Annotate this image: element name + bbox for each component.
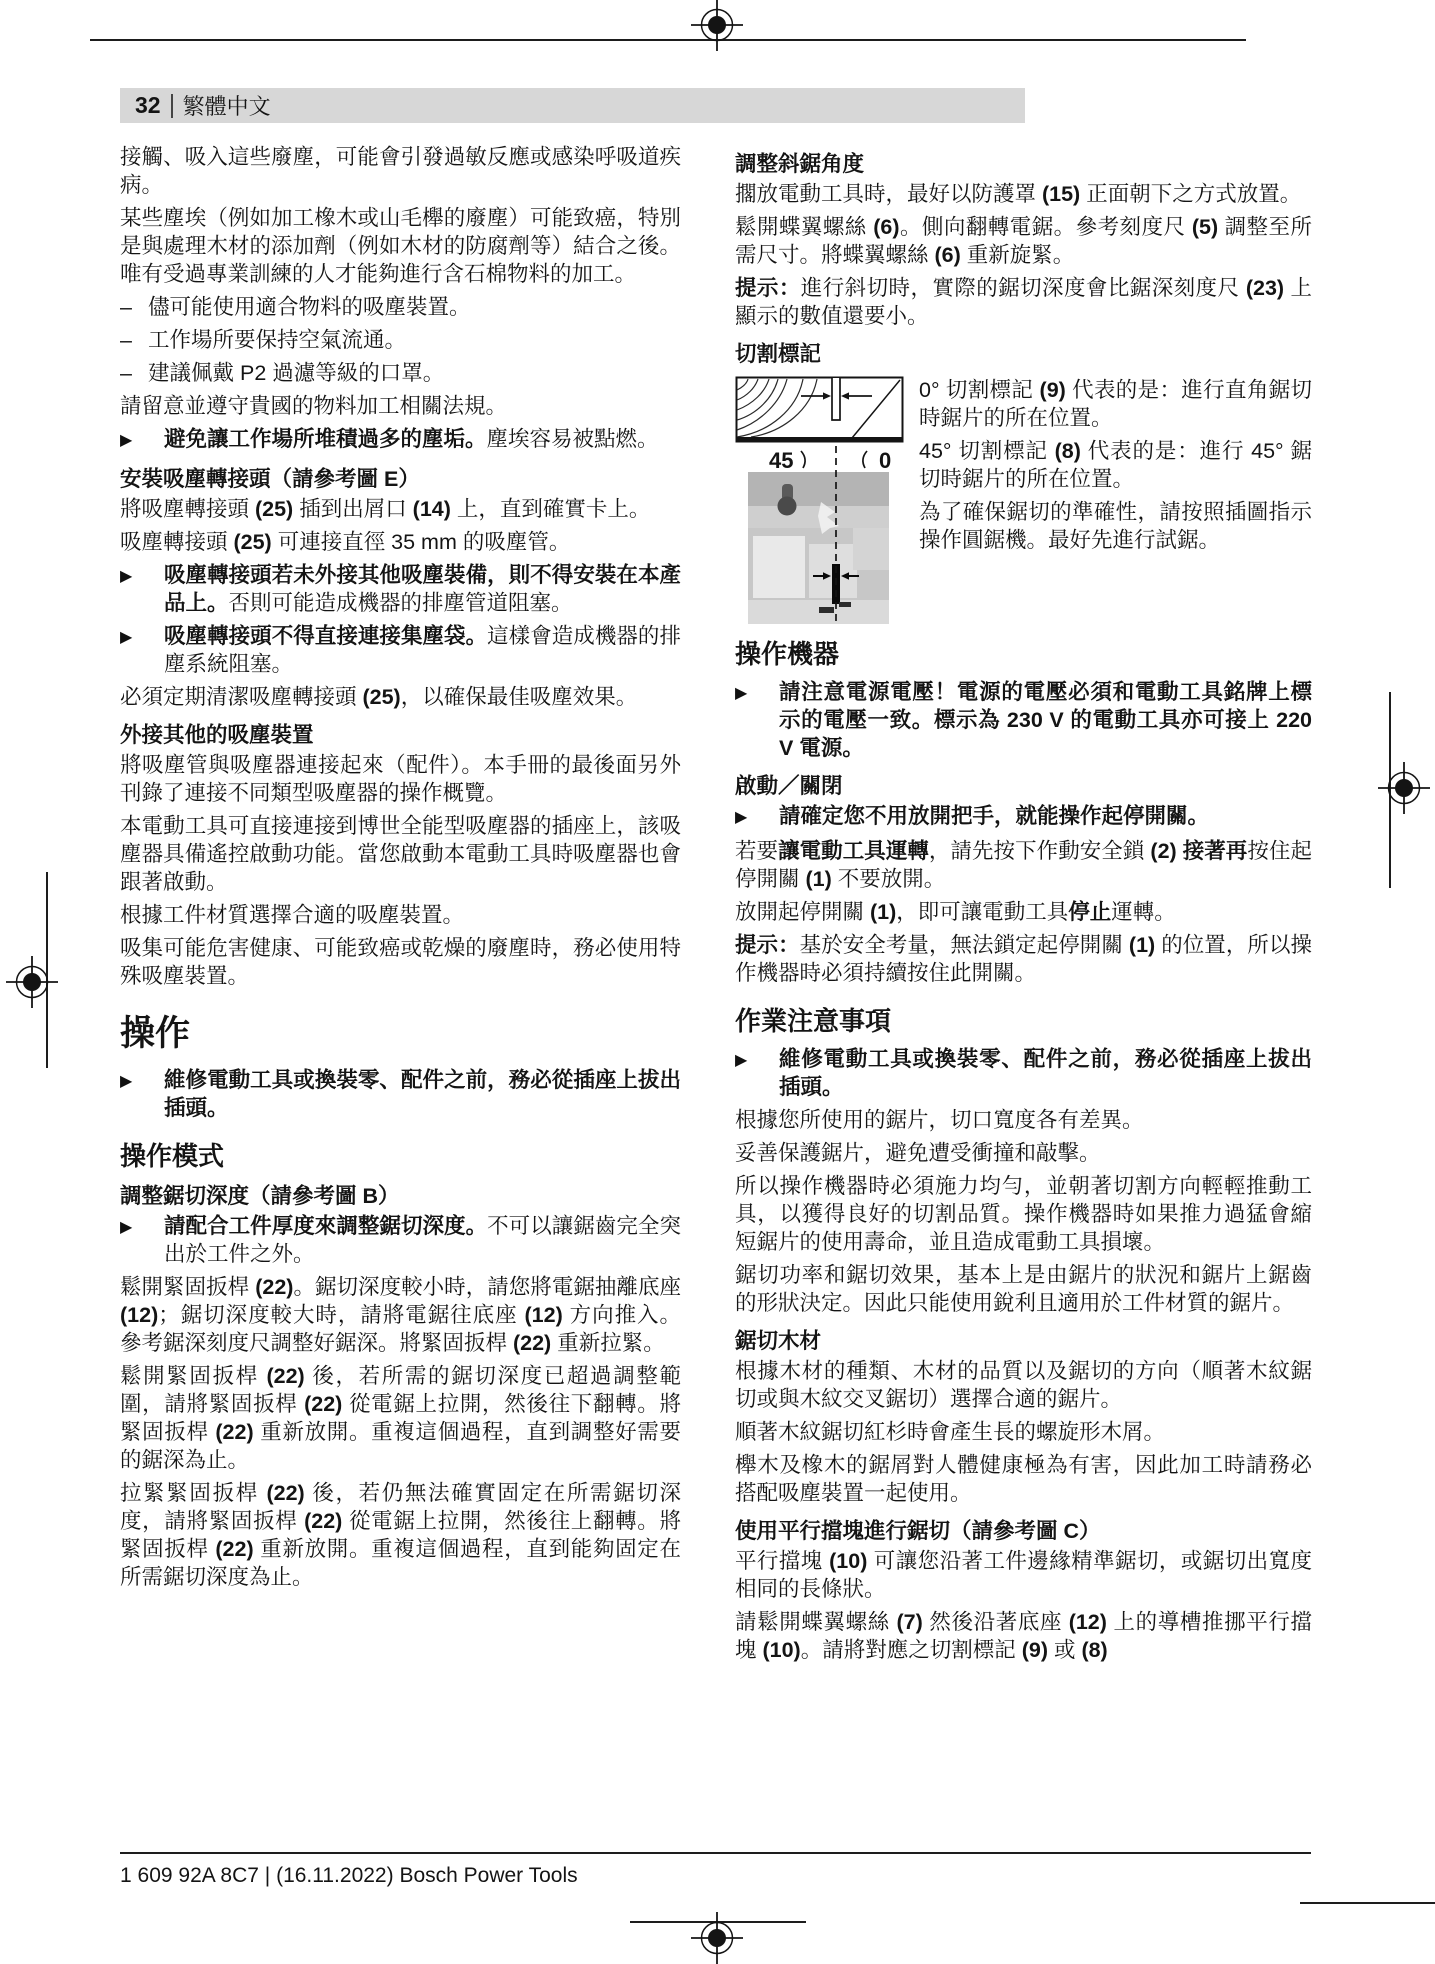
text-run: 45° 切割標記 [919,439,1055,463]
bold-run: 維修電動工具或換裝零、配件之前，務必從插座上拔出插頭。 [779,1047,1312,1099]
bullet-item: ▶請注意電源電壓！電源的電壓必須和電動工具銘牌上標示的電壓一致。標示為 230 … [735,678,1312,762]
paragraph: 擱放電動工具時，最好以防護罩 (15) 正面朝下之方式放置。 [735,180,1312,208]
text-run: 妥善保護鋸片，避免遭受衝撞和敲擊。 [735,1141,1101,1165]
text-run: 不要放開。 [832,867,945,891]
bold-run: (22) [215,1420,253,1444]
footer-rule [120,1852,1311,1854]
top-crop-line [90,39,1246,41]
text-run: 。鋸切深度較小時，請您將電鋸抽離底座 [293,1275,681,1299]
paragraph: 請鬆開蝶翼螺絲 (7) 然後沿著底座 (12) 上的導槽推挪平行擋塊 (10)。… [735,1608,1312,1664]
text-run: 本電動工具可直接連接到博世全能型吸塵器的插座上，該吸塵器具備遙控啟動功能。當您啟… [120,814,681,894]
bold-run: (22) [304,1509,342,1533]
text-run: 基於安全考量，無法鎖定起停開關 [800,933,1129,957]
bold-run: 停止 [1068,900,1111,924]
heading-h2: 操作機器 [735,638,1312,670]
paragraph: 鬆開緊固扳桿 (22) 後，若所需的鋸切深度已超過調整範圍，請將緊固扳桿 (22… [120,1362,681,1474]
bold-run: (9) [1040,378,1066,402]
triangle-bullet-icon: ▶ [735,678,779,762]
heading-h4: 使用平行擋塊進行鋸切（請參考圖 C） [735,1517,1312,1545]
text-run: 吸集可能危害健康、可能致癌或乾燥的廢塵時，務必使用特殊吸塵裝置。 [120,936,681,988]
figure-photo [748,472,889,624]
text-run: 。請將對應之切割標記 [801,1638,1022,1662]
heading-h4: 啟動／關閉 [735,772,1312,800]
bold-run: 提示： [735,933,800,957]
paragraph: 櫸木及橡木的鋸屑對人體健康極為有害，因此加工時請務必搭配吸塵裝置一起使用。 [735,1451,1312,1507]
text-run: 鋸切功率和鋸切效果，基本上是由鋸片的狀況和鋸片上鋸齒的形狀決定。因此只能使用銳利… [735,1263,1312,1315]
bold-run: (22) [304,1392,342,1416]
registration-mark-icon [4,954,60,1010]
dash-item: –建議佩戴 P2 過濾等級的口罩。 [120,359,681,387]
heading-h2: 作業注意事項 [735,1005,1312,1037]
text-run: 。側向翻轉電鋸。參考刻度尺 [899,215,1191,239]
bullet-text: 吸塵轉接頭不得直接連接集塵袋。這樣會造成機器的排塵系統阻塞。 [164,622,681,678]
bullet-text: 請注意電源電壓！電源的電壓必須和電動工具銘牌上標示的電壓一致。標示為 230 V… [779,678,1312,762]
bold-run: (25) [233,530,271,554]
text-run: 將吸塵管與吸塵器連接起來（配件）。本手冊的最後面另外刊錄了連接不同類型吸塵器的操… [120,753,681,805]
right-column-top: 調整斜鋸角度擱放電動工具時，最好以防護罩 (15) 正面朝下之方式放置。鬆開蝶翼… [735,150,1312,368]
bold-run: (12) [1069,1610,1107,1634]
text-run: 櫸木及橡木的鋸屑對人體健康極為有害，因此加工時請務必搭配吸塵裝置一起使用。 [735,1453,1312,1505]
text-run: ，以確保最佳吸塵效果。 [401,685,638,709]
text-run: 鬆開緊固扳桿 [120,1364,266,1388]
cut-mark-45-label: 45 [769,448,793,473]
triangle-bullet-icon: ▶ [735,1045,779,1101]
bold-run: 請注意電源電壓！電源的電壓必須和電動工具銘牌上標示的電壓一致。標示為 230 V… [779,680,1312,760]
text-run: 吸塵轉接頭 [120,530,233,554]
paragraph: 放開起停開關 (1)，即可讓電動工具停止運轉。 [735,898,1312,926]
paragraph: 0° 切割標記 (9) 代表的是：進行直角鋸切時鋸片的所在位置。 [919,376,1312,432]
paragraph: 必須定期清潔吸塵轉接頭 (25)，以確保最佳吸塵效果。 [120,683,681,711]
text-run: 拉緊緊固扳桿 [120,1481,266,1505]
bullet-item: ▶請配合工件厚度來調整鋸切深度。不可以讓鋸齒完全突出於工件之外。 [120,1212,681,1268]
page-number: 32 [135,92,161,119]
bullet-item: ▶請確定您不用放開把手，就能操作起停開關。 [735,802,1312,832]
cut-marking-figure: 45 0 [735,376,905,626]
text-run: 擱放電動工具時，最好以防護罩 [735,182,1042,206]
text-run: 進行斜切時，實際的鋸切深度會比鋸深刻度尺 [801,276,1246,300]
registration-mark-icon [689,0,745,53]
dash-marker: – [120,359,148,387]
paragraph: 某些塵埃（例如加工橡木或山毛櫸的廢塵）可能致癌，特別是與處理木材的添加劑（例如木… [120,204,681,288]
paragraph: 妥善保護鋸片，避免遭受衝撞和敲擊。 [735,1139,1312,1167]
paragraph: 將吸塵轉接頭 (25) 插到出屑口 (14) 上，直到確實卡上。 [120,495,681,523]
bold-run: (12) [120,1303,158,1327]
text-run: 根據木材的種類、木材的品質以及鋸切的方向（順著木紋鋸切或與木紋交叉鋸切）選擇合適… [735,1359,1312,1411]
paragraph: 吸集可能危害健康、可能致癌或乾燥的廢塵時，務必使用特殊吸塵裝置。 [120,934,681,990]
figure-wood-grain [737,378,903,443]
text-run: 可連接直徑 35 mm 的吸塵管。 [272,530,571,554]
header-language-label: 繁體中文 [183,90,271,121]
bullet-text: 吸塵轉接頭若未外接其他吸塵裝備，則不得安裝在本產品上。否則可能造成機器的排塵管道… [164,561,681,617]
bullet-item: ▶維修電動工具或換裝零、配件之前，務必從插座上拔出插頭。 [120,1066,681,1122]
paragraph: 吸塵轉接頭 (25) 可連接直徑 35 mm 的吸塵管。 [120,528,681,556]
text-run: 運轉。 [1111,900,1176,924]
text-run: 平行擋塊 [735,1549,829,1573]
text-run: 塵埃容易被點燃。 [487,427,659,451]
dash-item: –工作場所要保持空氣流通。 [120,326,681,354]
bullet-item: ▶吸塵轉接頭不得直接連接集塵袋。這樣會造成機器的排塵系統阻塞。 [120,622,681,678]
bold-run: (10) [829,1549,867,1573]
heading-h4: 調整鋸切深度（請參考圖 B） [120,1182,681,1210]
text-run: 否則可能造成機器的排塵管道阻塞。 [229,591,573,615]
paragraph: 為了確保鋸切的準確性，請按照插圖指示操作圓鋸機。最好先進行試鋸。 [919,498,1312,554]
text-run: 根據您所使用的鋸片，切口寬度各有差異。 [735,1108,1144,1132]
bold-run: (22) [215,1537,253,1561]
bullet-text: 避免讓工作場所堆積過多的塵垢。塵埃容易被點燃。 [164,425,681,455]
bullet-text: 維修電動工具或換裝零、配件之前，務必從插座上拔出插頭。 [779,1045,1312,1101]
paragraph: 根據工件材質選擇合適的吸塵裝置。 [120,901,681,929]
footer-text: 1 609 92A 8C7 | (16.11.2022) Bosch Power… [120,1864,578,1888]
bold-run: (8) [1081,1638,1107,1662]
dash-marker: – [120,326,148,354]
bold-run: 吸塵轉接頭不得直接連接集塵袋。 [164,624,487,648]
column-left: 接觸、吸入這些廢塵，可能會引發過敏反應或感染呼吸道疾病。某些塵埃（例如加工橡木或… [120,143,681,1596]
bold-run: 請配合工件厚度來調整鋸切深度。 [164,1214,487,1238]
paragraph: 若要讓電動工具運轉，請先按下作動安全鎖 (2) 接著再按住起停開關 (1) 不要… [735,837,1312,893]
bullet-item: ▶吸塵轉接頭若未外接其他吸塵裝備，則不得安裝在本產品上。否則可能造成機器的排塵管… [120,561,681,617]
bold-run: (23) [1246,276,1284,300]
paragraph: 拉緊緊固扳桿 (22) 後，若仍無法確實固定在所需鋸切深度，請將緊固扳桿 (22… [120,1479,681,1591]
text-run: 必須定期清潔吸塵轉接頭 [120,685,362,709]
registration-mark-icon [689,1910,745,1964]
bold-run: 請確定您不用放開把手，就能操作起停開關。 [779,804,1209,828]
header-divider [171,94,173,118]
text-run: 將吸塵轉接頭 [120,497,255,521]
text-run: 某些塵埃（例如加工橡木或山毛櫸的廢塵）可能致癌，特別是與處理木材的添加劑（例如木… [120,206,681,286]
bold-run: (6) [934,243,960,267]
bold-run: (5) [1192,215,1218,239]
bold-run: 維修電動工具或換裝零、配件之前，務必從插座上拔出插頭。 [164,1068,681,1120]
bold-run: 讓電動工具運轉 [778,839,929,863]
bold-run: (15) [1042,182,1080,206]
paragraph: 所以操作機器時必須施力均勻，並朝著切割方向輕輕推動工具，以獲得良好的切割品質。操… [735,1172,1312,1256]
text-run: 重新拉緊。 [551,1331,664,1355]
text-run: ，即可讓電動工具 [896,900,1068,924]
text-run: 請鬆開蝶翼螺絲 [735,1610,896,1634]
figure-45-hook-mark [801,451,805,468]
bullet-text: 請配合工件厚度來調整鋸切深度。不可以讓鋸齒完全突出於工件之外。 [164,1212,681,1268]
bullet-text: 維修電動工具或換裝零、配件之前，務必從插座上拔出插頭。 [164,1066,681,1122]
paragraph: 鬆開蝶翼螺絲 (6)。側向翻轉電鋸。參考刻度尺 (5) 調整至所需尺寸。將蝶翼螺… [735,213,1312,269]
bold-run: (7) [896,1610,922,1634]
paragraph: 平行擋塊 (10) 可讓您沿著工件邊緣精準鋸切，或鋸切出寬度相同的長條狀。 [735,1547,1312,1603]
bold-run: (25) [255,497,293,521]
bold-run: (6) [873,215,899,239]
triangle-bullet-icon: ▶ [120,622,164,678]
text-run: 為了確保鋸切的準確性，請按照插圖指示操作圓鋸機。最好先進行試鋸。 [919,500,1312,552]
text-run: 工作場所要保持空氣流通。 [148,328,406,352]
text-run: 或 [1048,1638,1081,1662]
heading-h2: 操作模式 [120,1140,681,1172]
paragraph: 根據您所使用的鋸片，切口寬度各有差異。 [735,1106,1312,1134]
bold-run: (25) [362,685,400,709]
triangle-bullet-icon: ▶ [120,1212,164,1268]
text-run: 接觸、吸入這些廢塵，可能會引發過敏反應或感染呼吸道疾病。 [120,145,681,197]
paragraph: 本電動工具可直接連接到博世全能型吸塵器的插座上，該吸塵器具備遙控啟動功能。當您啟… [120,812,681,896]
text-run: 上，直到確實卡上。 [451,497,650,521]
bold-run: 避免讓工作場所堆積過多的塵垢。 [164,427,487,451]
paragraph: 根據木材的種類、木材的品質以及鋸切的方向（順著木紋鋸切或與木紋交叉鋸切）選擇合適… [735,1357,1312,1413]
paragraph: 請留意並遵守貴國的物料加工相關法規。 [120,392,681,420]
bold-run: (14) [413,497,451,521]
heading-h4: 切割標記 [735,340,1312,368]
dash-marker: – [120,293,148,321]
heading-h4: 調整斜鋸角度 [735,150,1312,178]
paragraph: 提示：進行斜切時，實際的鋸切深度會比鋸深刻度尺 (23) 上顯示的數值還要小。 [735,274,1312,330]
header-bar: 32 繁體中文 [120,88,1025,123]
text-run: 鬆開緊固扳桿 [120,1275,255,1299]
right-column-rest: 操作機器▶請注意電源電壓！電源的電壓必須和電動工具銘牌上標示的電壓一致。標示為 … [735,638,1312,1664]
cut-marking-figure-row: 45 0 0° 切割標記 (9) 代表的是：進行直角鋸切時鋸片的所在位置。45°… [735,376,1312,626]
text-run: 放開起停開關 [735,900,870,924]
paragraph: 接觸、吸入這些廢塵，可能會引發過敏反應或感染呼吸道疾病。 [120,143,681,199]
text-run: 鬆開蝶翼螺絲 [735,215,873,239]
registration-mark-icon [1376,760,1432,816]
heading-h4: 安裝吸塵轉接頭（請參考圖 E） [120,465,681,493]
text-run: 順著木紋鋸切紅杉時會產生長的螺旋形木屑。 [735,1420,1165,1444]
bold-run: (1) [1129,933,1155,957]
bold-run: (22) [255,1275,293,1299]
text-run: 重新旋緊。 [961,243,1074,267]
triangle-bullet-icon: ▶ [120,561,164,617]
cut-mark-0-label: 0 [879,448,891,473]
triangle-bullet-icon: ▶ [735,802,779,832]
bold-run: (22) [266,1481,304,1505]
paragraph: 提示：基於安全考量，無法鎖定起停開關 (1) 的位置，所以操作機器時必須持續按住… [735,931,1312,987]
bold-run: (8) [1055,439,1081,463]
paragraph: 45° 切割標記 (8) 代表的是：進行 45° 鋸切時鋸片的所在位置。 [919,437,1312,493]
figure-0-hook-mark [863,451,867,468]
text-run: 儘可能使用適合物料的吸塵裝置。 [148,295,471,319]
bold-run: (1) [805,867,831,891]
bottom-right-crop-line [1300,1902,1435,1904]
text-run: ；鋸切深度較大時，請將電鋸往底座 [158,1303,524,1327]
bold-run: (22) [513,1331,551,1355]
paragraph: 鋸切功率和鋸切效果，基本上是由鋸片的狀況和鋸片上鋸齒的形狀決定。因此只能使用銳利… [735,1261,1312,1317]
text-run: 然後沿著底座 [923,1610,1069,1634]
text-run: ，請先按下作動安全鎖 [929,839,1150,863]
dash-text: 建議佩戴 P2 過濾等級的口罩。 [148,359,681,387]
triangle-bullet-icon: ▶ [120,1066,164,1122]
bullet-item: ▶維修電動工具或換裝零、配件之前，務必從插座上拔出插頭。 [735,1045,1312,1101]
bold-run: (2) [1150,839,1176,863]
bold-run: (12) [525,1303,563,1327]
heading-h4: 鋸切木材 [735,1327,1312,1355]
bullet-item: ▶避免讓工作場所堆積過多的塵垢。塵埃容易被點燃。 [120,425,681,455]
triangle-bullet-icon: ▶ [120,425,164,455]
heading-h1: 操作 [120,1014,681,1054]
text-run: 所以操作機器時必須施力均勻，並朝著切割方向輕輕推動工具，以獲得良好的切割品質。操… [735,1174,1312,1254]
paragraph: 鬆開緊固扳桿 (22)。鋸切深度較小時，請您將電鋸抽離底座 (12)；鋸切深度較… [120,1273,681,1357]
dash-text: 儘可能使用適合物料的吸塵裝置。 [148,293,681,321]
bold-run: 提示： [735,276,801,300]
bullet-text: 請確定您不用放開把手，就能操作起停開關。 [779,802,1312,832]
text-run: 建議佩戴 P2 過濾等級的口罩。 [148,361,444,385]
bold-run: (10) [762,1638,800,1662]
text-run: 正面朝下之方式放置。 [1080,182,1301,206]
manual-page: 32 繁體中文 接觸、吸入這些廢塵，可能會引發過敏反應或感染呼吸道疾病。某些塵埃… [0,0,1435,1964]
text-run: 請留意並遵守貴國的物料加工相關法規。 [120,394,507,418]
bold-run: (9) [1022,1638,1048,1662]
text-run: 若要 [735,839,778,863]
heading-h4: 外接其他的吸塵裝置 [120,721,681,749]
column-right: 調整斜鋸角度擱放電動工具時，最好以防護罩 (15) 正面朝下之方式放置。鬆開蝶翼… [735,150,1312,1669]
bold-run: (22) [266,1364,304,1388]
paragraph: 順著木紋鋸切紅杉時會產生長的螺旋形木屑。 [735,1418,1312,1446]
dash-item: –儘可能使用適合物料的吸塵裝置。 [120,293,681,321]
bold-run: 接著再 [1183,839,1248,863]
text-run: 根據工件材質選擇合適的吸塵裝置。 [120,903,464,927]
figure-side-text: 0° 切割標記 (9) 代表的是：進行直角鋸切時鋸片的所在位置。45° 切割標記… [919,376,1312,626]
dash-text: 工作場所要保持空氣流通。 [148,326,681,354]
paragraph: 將吸塵管與吸塵器連接起來（配件）。本手冊的最後面另外刊錄了連接不同類型吸塵器的操… [120,751,681,807]
text-run: 插到出屑口 [293,497,412,521]
text-run: 0° 切割標記 [919,378,1040,402]
bold-run: (1) [870,900,896,924]
